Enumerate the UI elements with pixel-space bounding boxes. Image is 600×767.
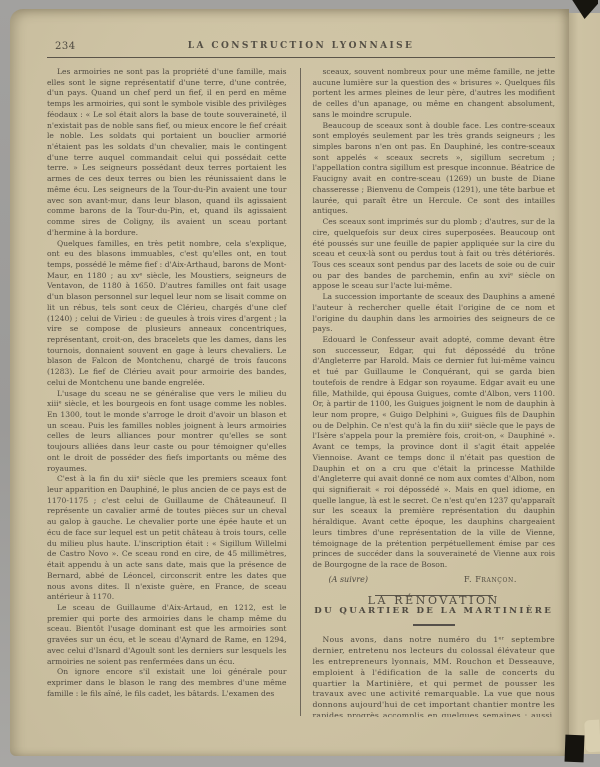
paragraph: L'usage du sceau ne se généralise que ve… <box>47 389 287 475</box>
column-divider-rule <box>300 68 301 716</box>
page-content: 234 LA CONSTRUCTION LYONNAISE Les armoir… <box>47 35 555 717</box>
section-title-rule <box>413 624 455 626</box>
book-scan: { "colors": { "paper": "#cfc4a5", "ink":… <box>0 0 600 767</box>
continuation-note: (A suivre) <box>329 575 368 586</box>
text-columns: Les armoiries ne sont pas la propriété d… <box>47 67 555 717</box>
paragraph: Ces sceaux sont imprimés sur du plomb ; … <box>313 217 556 292</box>
paragraph: La succession importante de sceaux des D… <box>313 292 556 335</box>
paragraph: Beaucoup de sceaux sont à double face. L… <box>313 121 556 217</box>
page-corner-curl <box>584 720 600 753</box>
paragraph: Le sceau de Guillaume d'Aix-Artaud, en 1… <box>47 603 287 667</box>
paragraph: Quelques familles, en très petit nombre,… <box>47 239 287 389</box>
paragraph: Les armoiries ne sont pas la propriété d… <box>47 67 287 239</box>
paragraph: On ignore encore s'il existait une loi g… <box>47 667 287 699</box>
masthead: 234 LA CONSTRUCTION LYONNAISE <box>47 35 555 57</box>
bookmark-ribbon <box>565 735 585 763</box>
left-column: Les armoiries ne sont pas la propriété d… <box>47 67 287 717</box>
author-signature: F. Françon. <box>464 575 517 586</box>
underlying-page-edge <box>569 13 600 754</box>
paragraph: Nous avons, dans notre numéro du 1ᵉʳ sep… <box>313 635 556 717</box>
scanned-page: 234 LA CONSTRUCTION LYONNAISE Les armoir… <box>10 9 569 756</box>
article-footer: (A suivre) F. Françon. <box>313 575 556 586</box>
masthead-rule <box>47 57 555 58</box>
section-subtitle: DU QUARTIER DE LA MARTINIÈRE <box>313 606 556 617</box>
right-column: sceaux, souvent nombreux pour une même f… <box>313 67 556 717</box>
journal-title: LA CONSTRUCTION LYONNAISE <box>47 41 555 51</box>
paragraph: Edouard le Confesseur avait adopté, comm… <box>313 335 556 571</box>
section-title: LA RÉNOVATION <box>313 596 556 607</box>
paragraph: C'est à la fin du xiiᵉ siècle que les pr… <box>47 474 287 603</box>
paragraph: sceaux, souvent nombreux pour une même f… <box>313 67 556 121</box>
